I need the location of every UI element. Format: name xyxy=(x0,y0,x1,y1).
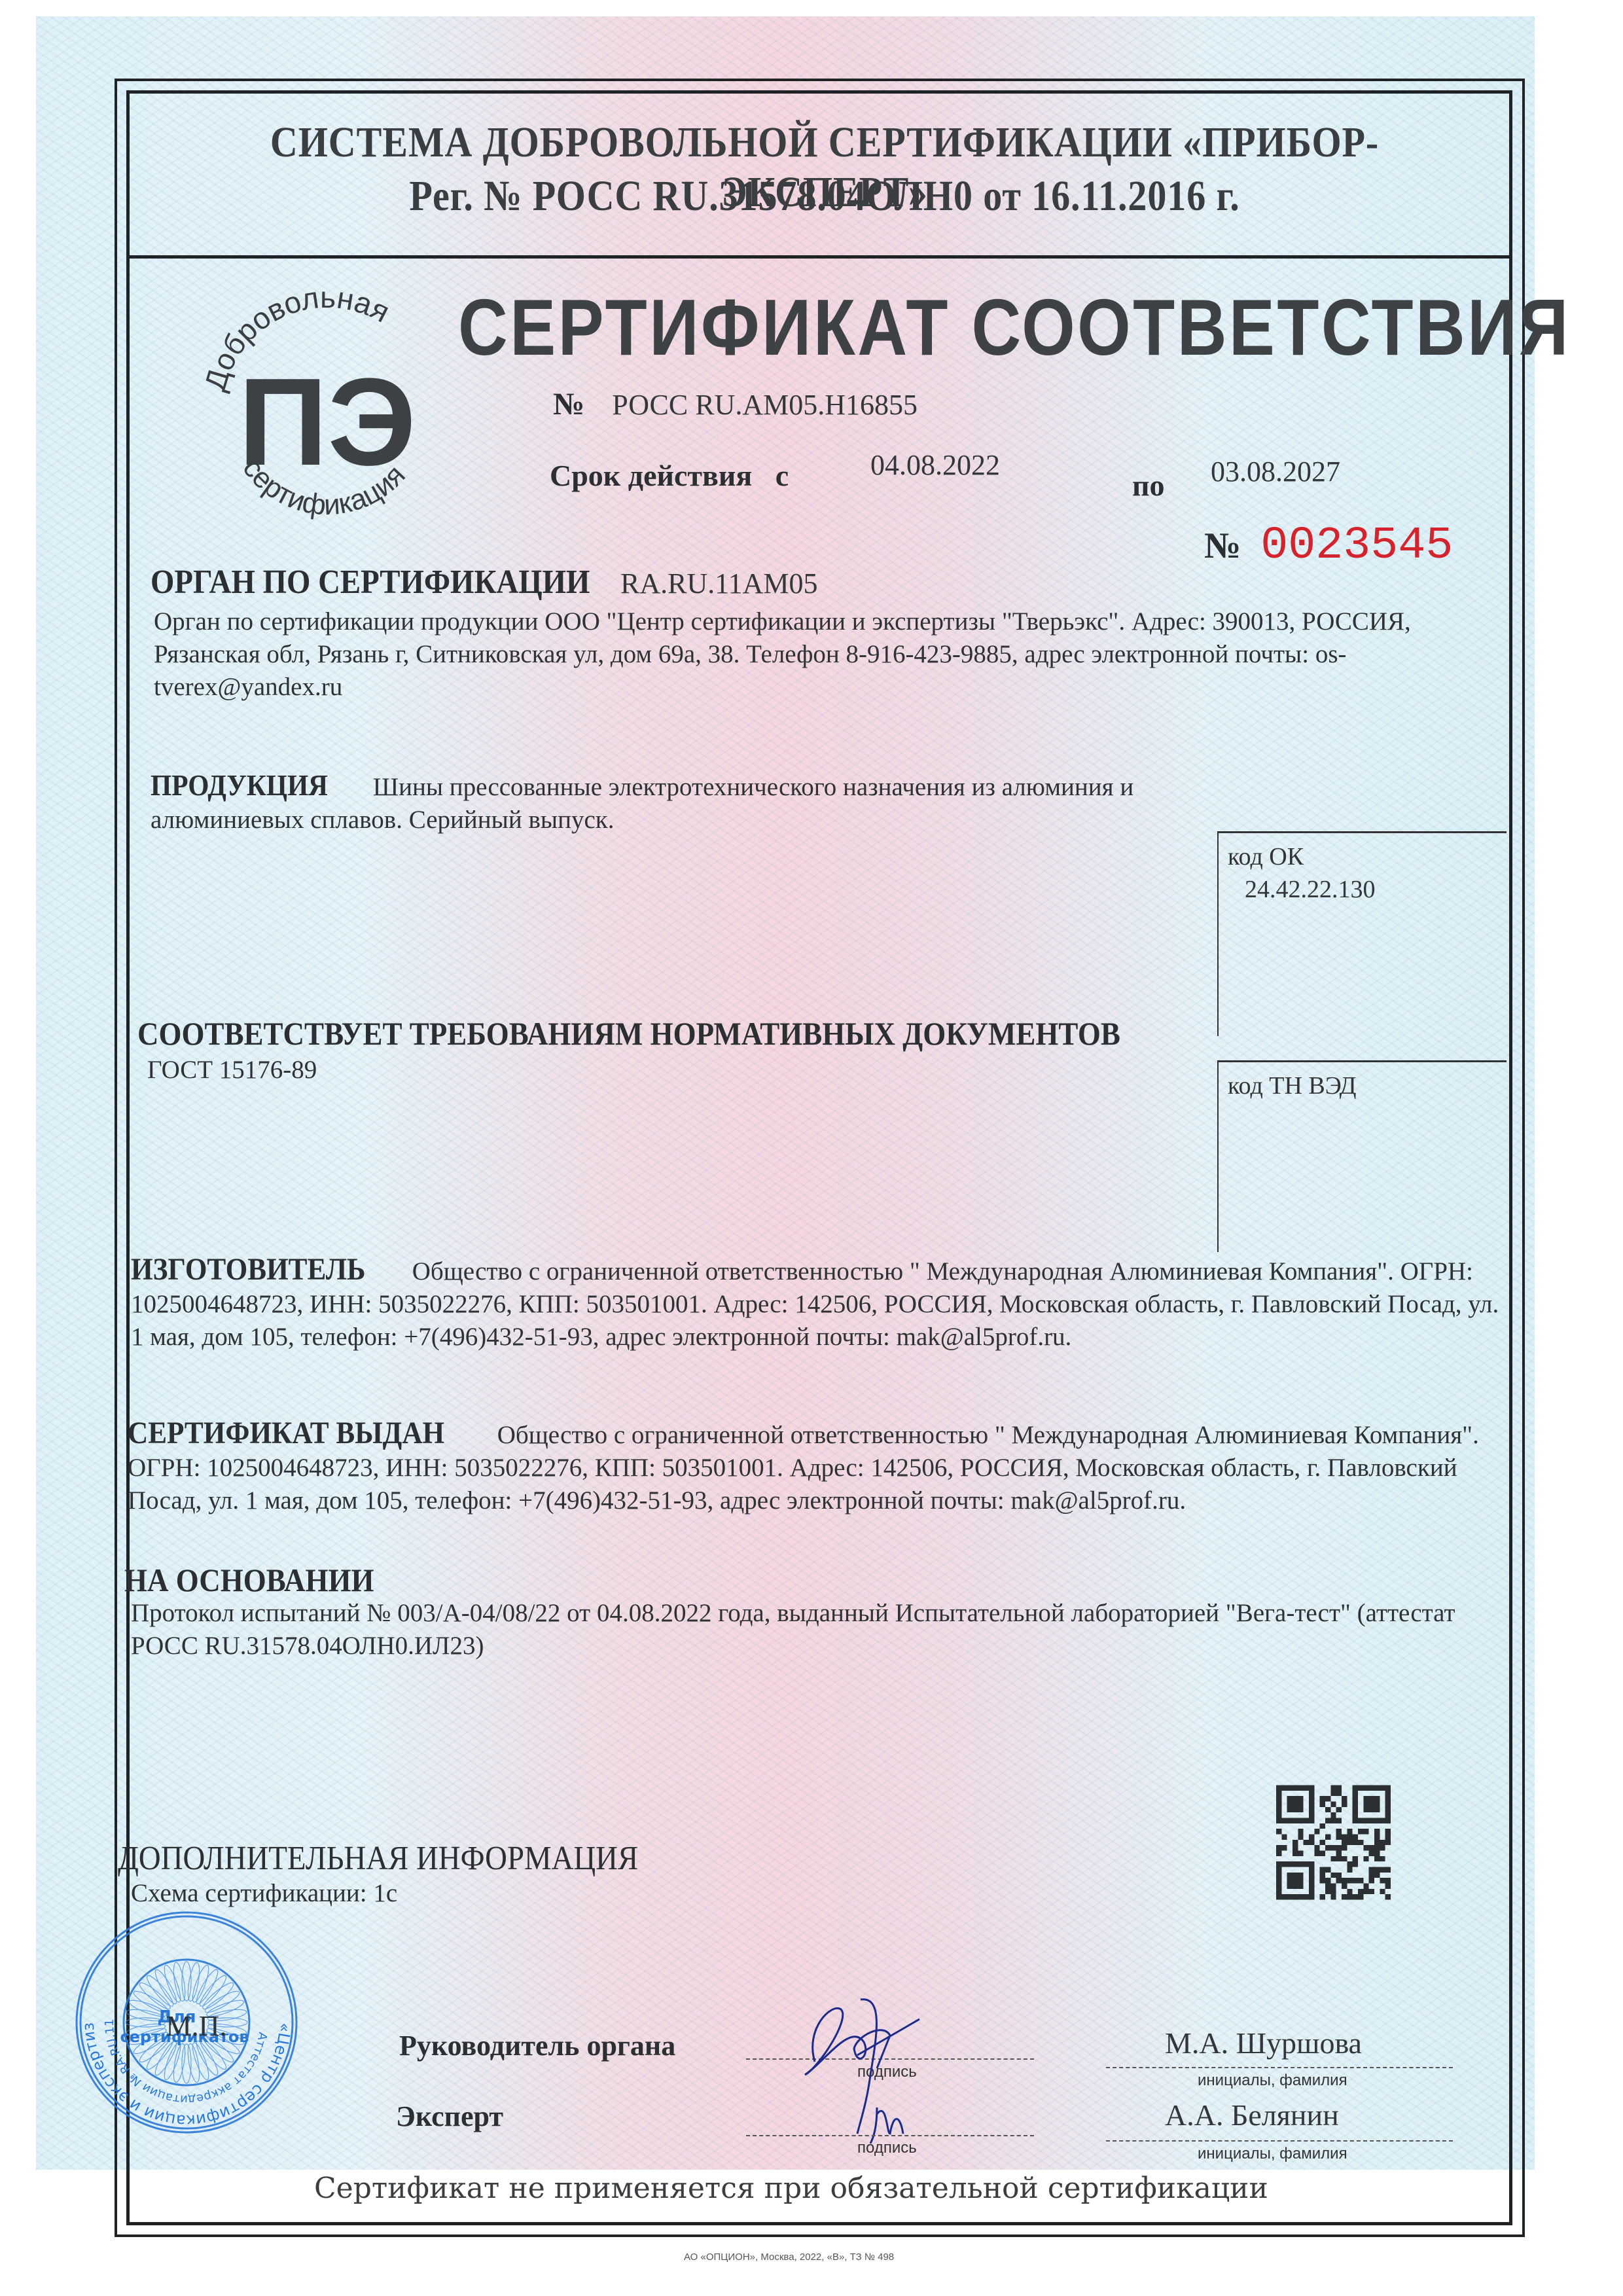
compliance-heading: СООТВЕТСТВУЕТ ТРЕБОВАНИЯМ НОРМАТИВНЫХ ДО… xyxy=(137,1014,1120,1052)
expert-label: Эксперт xyxy=(396,2100,503,2133)
system-registration: Рег. № РОСС RU.31578.04ОЛН0 от 16.11.201… xyxy=(220,171,1429,221)
valid-to-date: 03.08.2027 xyxy=(1211,455,1340,488)
head-name: М.А. Шуршова xyxy=(1165,2026,1362,2060)
tnved-code-label: код ТН ВЭД xyxy=(1228,1071,1507,1100)
manufacturer-heading: ИЗГОТОВИТЕЛЬ xyxy=(131,1253,378,1286)
tnved-code-box: код ТН ВЭД xyxy=(1217,1060,1507,1252)
issued-to-block: СЕРТИФИКАТ ВЫДАН Общество с ограниченной… xyxy=(128,1417,1508,1517)
stamp-mp-label: М.П. xyxy=(166,2010,227,2042)
certificate-number-row: № РОСС RU.АМ05.Н16855 xyxy=(553,386,918,422)
blank-serial-number: 0023545 xyxy=(1260,520,1453,572)
head-name-caption: инициалы, фамилия xyxy=(1198,2072,1347,2090)
blank-number-sign: № xyxy=(1204,526,1241,566)
footer-note: Сертификат не применяется при обязательн… xyxy=(314,2172,1268,2205)
expert-name: А.А. Белянин xyxy=(1165,2098,1339,2132)
issued-to-heading: СЕРТИФИКАТ ВЫДАН xyxy=(128,1417,455,1450)
product-block: ПРОДУКЦИЯ Шины прессованные электротехни… xyxy=(151,769,1211,836)
ok-code-label: код ОК xyxy=(1228,842,1507,871)
blank-number-row: № 0023545 xyxy=(1204,520,1453,572)
ok-code-value: 24.42.22.130 xyxy=(1245,875,1507,904)
expert-signature-line xyxy=(746,2135,1034,2136)
head-signature xyxy=(779,1983,975,2153)
certification-body-heading: ОРГАН ПО СЕРТИФИКАЦИИ xyxy=(151,563,590,601)
basis-heading: НА ОСНОВАНИИ xyxy=(124,1561,374,1599)
head-name-line xyxy=(1106,2067,1453,2068)
certificate-title: СЕРТИФИКАТ СООТВЕТСТВИЯ xyxy=(458,281,1571,373)
expert-signature-caption: подпись xyxy=(857,2139,917,2157)
qr-code xyxy=(1276,1784,1391,1901)
compliance-standard: ГОСТ 15176-89 xyxy=(147,1054,317,1086)
certification-body-text: Орган по сертификации продукции ООО "Цен… xyxy=(154,605,1502,704)
head-of-body-label: Руководитель органа xyxy=(399,2029,675,2062)
validity-to-label: по xyxy=(1132,468,1165,503)
certification-body-stamp: «Центр сертификации и экспертизы «Тверьэ… xyxy=(72,1908,301,2137)
basis-text: Протокол испытаний № 003/А-04/08/22 от 0… xyxy=(131,1597,1492,1662)
certification-body-code: RA.RU.11АМ05 xyxy=(620,567,818,600)
manufacturer-block: ИЗГОТОВИТЕЛЬ Общество с ограниченной отв… xyxy=(131,1253,1512,1354)
voluntary-certification-logo: Добровольная ПЭ сертификация xyxy=(196,275,458,550)
number-sign: № xyxy=(553,387,584,422)
validity-label: Срок действия xyxy=(550,459,752,492)
validity-row: Срок действия с xyxy=(550,458,789,493)
expert-name-line xyxy=(1106,2140,1453,2142)
validity-from-label: с xyxy=(776,459,789,492)
certification-scheme: Схема сертификации: 1с xyxy=(131,1877,397,1910)
certification-body-heading-row: ОРГАН ПО СЕРТИФИКАЦИИ RA.RU.11АМ05 xyxy=(151,563,818,601)
additional-info-heading: ДОПОЛНИТЕЛЬНАЯ ИНФОРМАЦИЯ xyxy=(118,1839,638,1878)
expert-name-caption: инициалы, фамилия xyxy=(1198,2145,1347,2163)
header-divider xyxy=(128,255,1512,259)
printer-imprint: АО «ОПЦИОН», Москва, 2022, «В», ТЗ № 498 xyxy=(684,2251,894,2263)
ok-code-box: код ОК 24.42.22.130 xyxy=(1217,831,1507,1036)
certificate-number: РОСС RU.АМ05.Н16855 xyxy=(612,389,918,421)
product-heading: ПРОДУКЦИЯ xyxy=(151,769,345,802)
valid-from-date: 04.08.2022 xyxy=(870,448,1000,482)
